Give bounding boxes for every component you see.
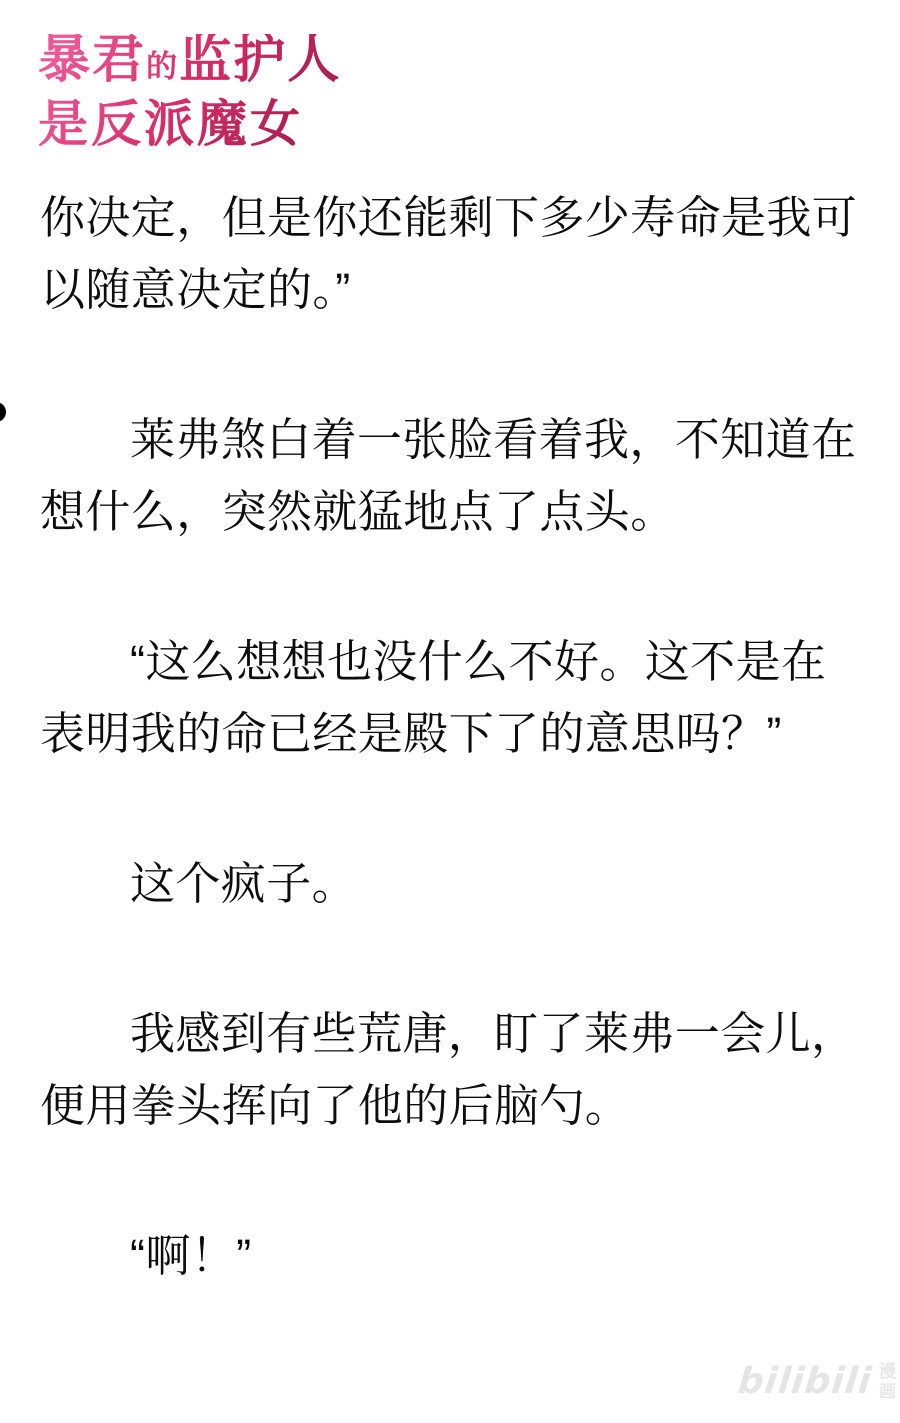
manhua-label-top: 漫 xyxy=(879,1362,896,1382)
text-line: 表明我的命已经是殿下了的意思吗？” xyxy=(40,698,862,770)
novel-paragraph-2: 莱弗煞白着一张脸看着我，不知道在 想什么，突然就猛地点了点头。 xyxy=(40,404,862,548)
novel-text: 你决定，但是你还能剩下多少寿命是我可 以随意决定的。” 莱弗煞白着一张脸看着我，… xyxy=(40,182,862,1292)
logo-text-small: 的 xyxy=(146,49,179,85)
text-line: 这个疯子。 xyxy=(40,848,862,920)
text-line: “啊！” xyxy=(40,1220,862,1292)
reader-page[interactable]: 暴君的监护人 是反派魔女 你决定，但是你还能剩下多少寿命是我可 以随意决定的。”… xyxy=(0,0,900,1423)
bilibili-logo-text: bilibili xyxy=(737,1364,874,1400)
text-line: 便用拳头挥向了他的后脑勺。 xyxy=(40,1070,862,1142)
series-logo-line2: 是反派魔女 xyxy=(38,99,341,149)
manhua-label: 漫 画 xyxy=(879,1362,896,1402)
series-logo: 暴君的监护人 是反派魔女 xyxy=(38,34,341,149)
logo-text-part1: 暴君 xyxy=(38,29,146,90)
text-line: 莱弗煞白着一张脸看着我，不知道在 xyxy=(40,404,862,476)
novel-paragraph-6: “啊！” xyxy=(40,1220,862,1292)
text-line: 我感到有些荒唐，盯了莱弗一会儿， xyxy=(40,998,862,1070)
novel-paragraph-4: 这个疯子。 xyxy=(40,848,862,920)
text-line: 想什么，突然就猛地点了点头。 xyxy=(40,476,862,548)
logo-text-part2: 监护人 xyxy=(179,29,341,90)
text-line: 你决定，但是你还能剩下多少寿命是我可 xyxy=(40,182,862,254)
text-line: “这么想想也没什么不好。这不是在 xyxy=(40,626,862,698)
novel-paragraph-1: 你决定，但是你还能剩下多少寿命是我可 以随意决定的。” xyxy=(40,182,862,326)
series-logo-line1: 暴君的监护人 xyxy=(38,34,341,86)
manhua-label-bottom: 画 xyxy=(879,1382,896,1402)
novel-paragraph-3: “这么想想也没什么不好。这不是在 表明我的命已经是殿下了的意思吗？” xyxy=(40,626,862,770)
novel-paragraph-5: 我感到有些荒唐，盯了莱弗一会儿， 便用拳头挥向了他的后脑勺。 xyxy=(40,998,862,1142)
page-edge-dot xyxy=(0,402,6,422)
bilibili-watermark: bilibili 漫 画 xyxy=(738,1362,896,1402)
text-line: 以随意决定的。” xyxy=(40,254,862,326)
